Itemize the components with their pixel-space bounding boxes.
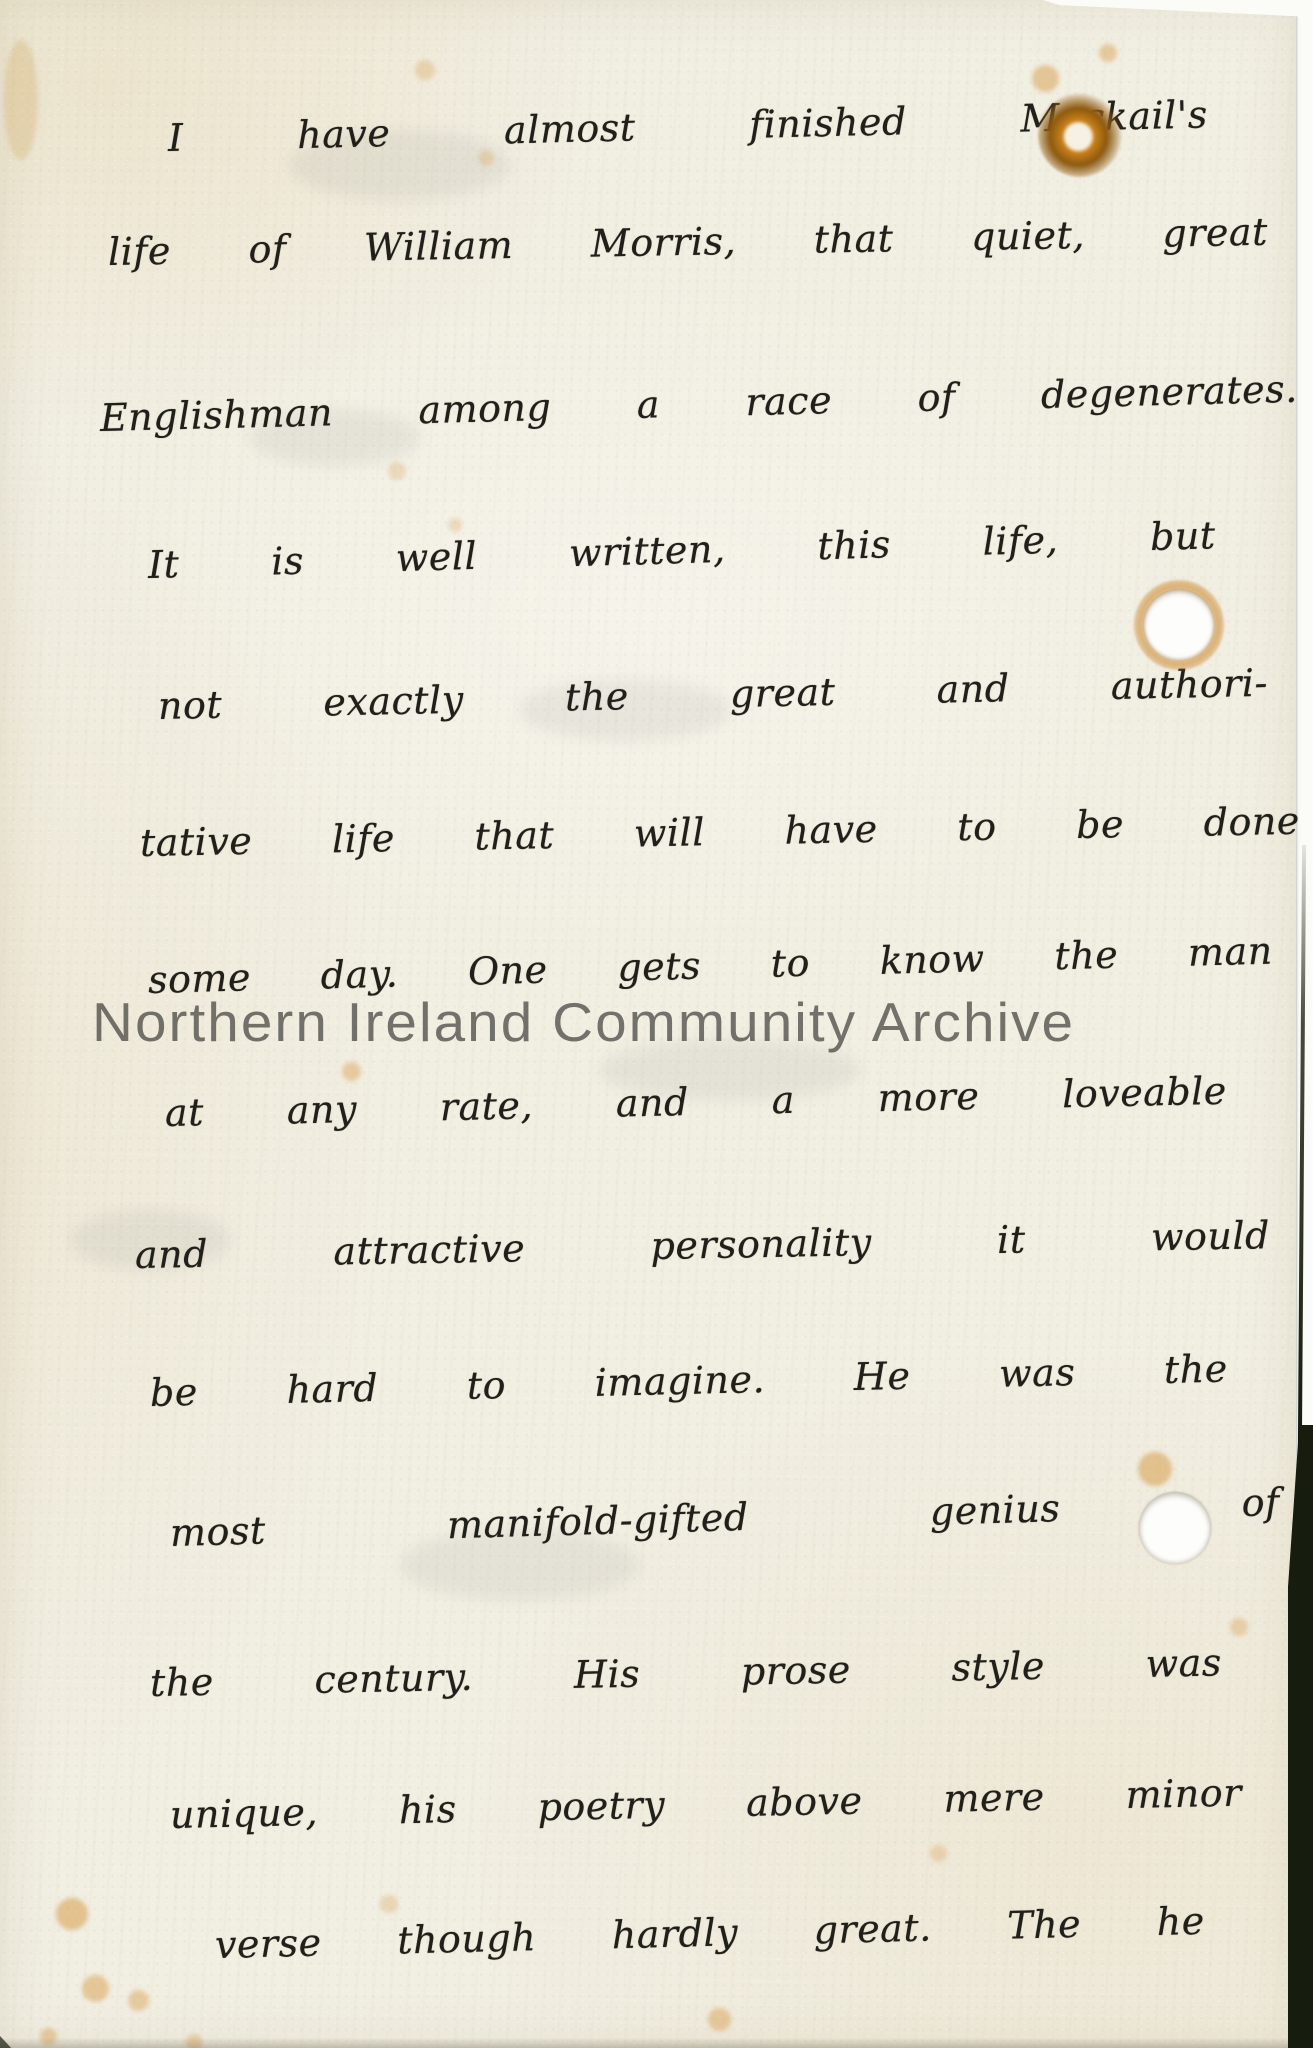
foxing-spot: [930, 1845, 947, 1862]
handwriting-line: the century. His prose style was: [150, 1636, 1223, 1709]
handwriting-line: be hard to imagine. He was the: [149, 1343, 1228, 1419]
handwriting-line: and attractive personality it would: [135, 1209, 1271, 1281]
foxing-spot: [4, 40, 38, 160]
foxing-spot: [380, 1895, 398, 1913]
handwriting-line: It is well written, this life, but: [147, 509, 1216, 591]
foxing-spot: [1099, 44, 1117, 62]
hole-punch: [1143, 589, 1215, 661]
handwriting-line: Englishman among a race of degenerates.: [99, 363, 1298, 444]
foxing-spot: [415, 60, 435, 80]
foxing-spot: [56, 1898, 88, 1930]
scan-edge-line-right: [1298, 845, 1306, 1445]
handwriting-line: not exactly the great and authori-: [157, 657, 1268, 732]
foxing-spot: [128, 1990, 149, 2011]
foxing-spot: [388, 462, 406, 480]
foxing-spot: [708, 2008, 731, 2031]
foxing-spot: [82, 1975, 109, 2002]
handwriting-line: unique, his poetry above mere minor: [169, 1767, 1242, 1841]
rust-stain: [1038, 93, 1122, 177]
handwriting-line: verse though hardly great. The he: [214, 1895, 1205, 1971]
paper-bottom-shadow: [0, 2038, 1296, 2048]
foxing-spot: [1230, 1618, 1248, 1636]
handwriting-line: most manifold-gifted genius of: [169, 1476, 1280, 1559]
scanned-letter-page: I have almost finished Mackail's life of…: [0, 0, 1313, 2048]
foxing-spot: [342, 1062, 361, 1081]
handwriting-line: life of William Morris, that quiet, grea…: [108, 206, 1269, 278]
handwriting-line: tative life that will have to be done: [140, 795, 1301, 869]
letter-paper: I have almost finished Mackail's life of…: [0, 0, 1296, 2048]
archive-watermark: Northern Ireland Community Archive: [92, 990, 1246, 1054]
hole-punch: [1139, 1492, 1211, 1564]
foxing-spot: [1032, 65, 1059, 92]
handwriting-line: at any rate, and a more loveable: [164, 1065, 1227, 1139]
